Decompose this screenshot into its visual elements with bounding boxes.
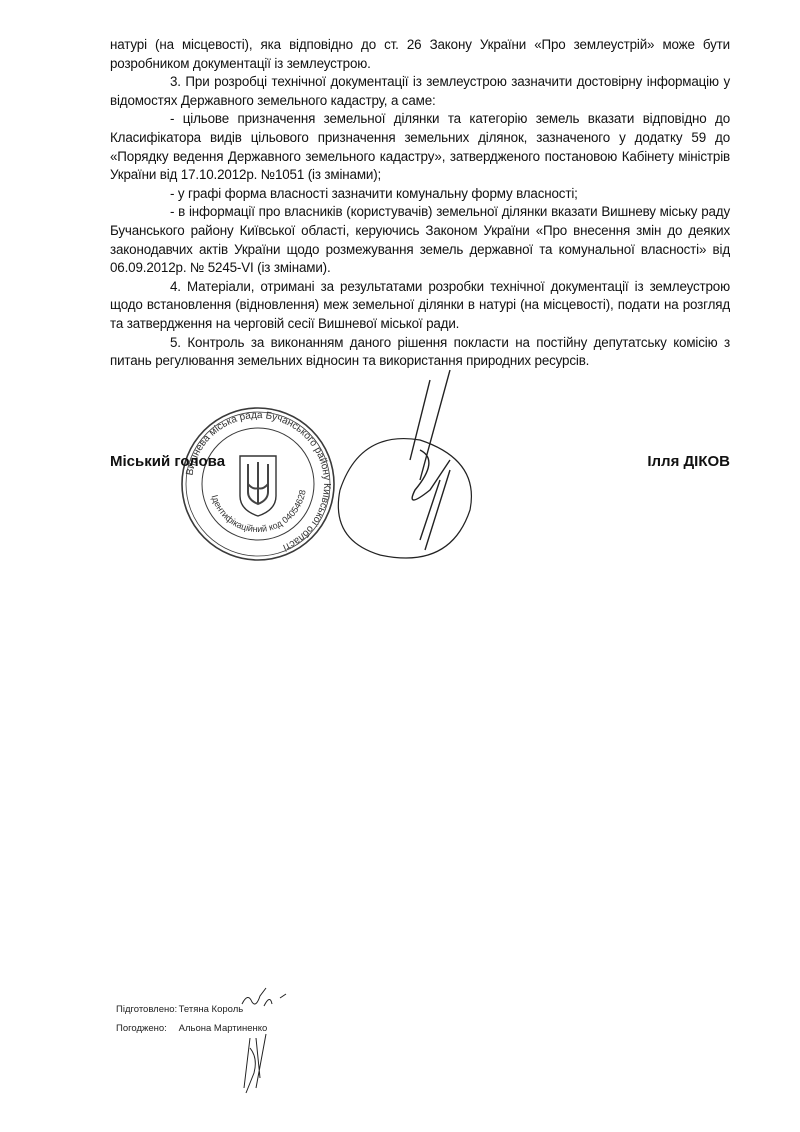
document-page: натурі (на місцевості), яка відповідно д… [0,0,800,1132]
mayor-signature [300,340,500,580]
paragraph-continuation: натурі (на місцевості), яка відповідно д… [110,36,730,73]
prepared-signature [238,984,288,1014]
prepared-label: Підготовлено: [116,1004,176,1015]
agreed-label: Погоджено: [116,1023,176,1034]
prepared-name: Тетяна Король [179,1004,244,1015]
trident-icon [240,456,276,516]
paragraph-ownership-form: - у графі форма власності зазначити кому… [110,185,730,204]
footer-prepared: Підготовлено: Тетяна Король [116,1004,243,1015]
paragraph-purpose: - цільове призначення земельної ділянки … [110,110,730,184]
signatory-name: Ілля ДІКОВ [647,453,730,470]
agreed-signature [236,1028,276,1098]
document-body: натурі (на місцевості), яка відповідно д… [110,36,730,371]
paragraph-owners-info: - в інформації про власників (користувач… [110,203,730,277]
paragraph-item-4: 4. Матеріали, отримані за результатами р… [110,278,730,334]
signatory-title: Міський голова [110,453,225,470]
paragraph-item-3: 3. При розробці технічної документації і… [110,73,730,110]
